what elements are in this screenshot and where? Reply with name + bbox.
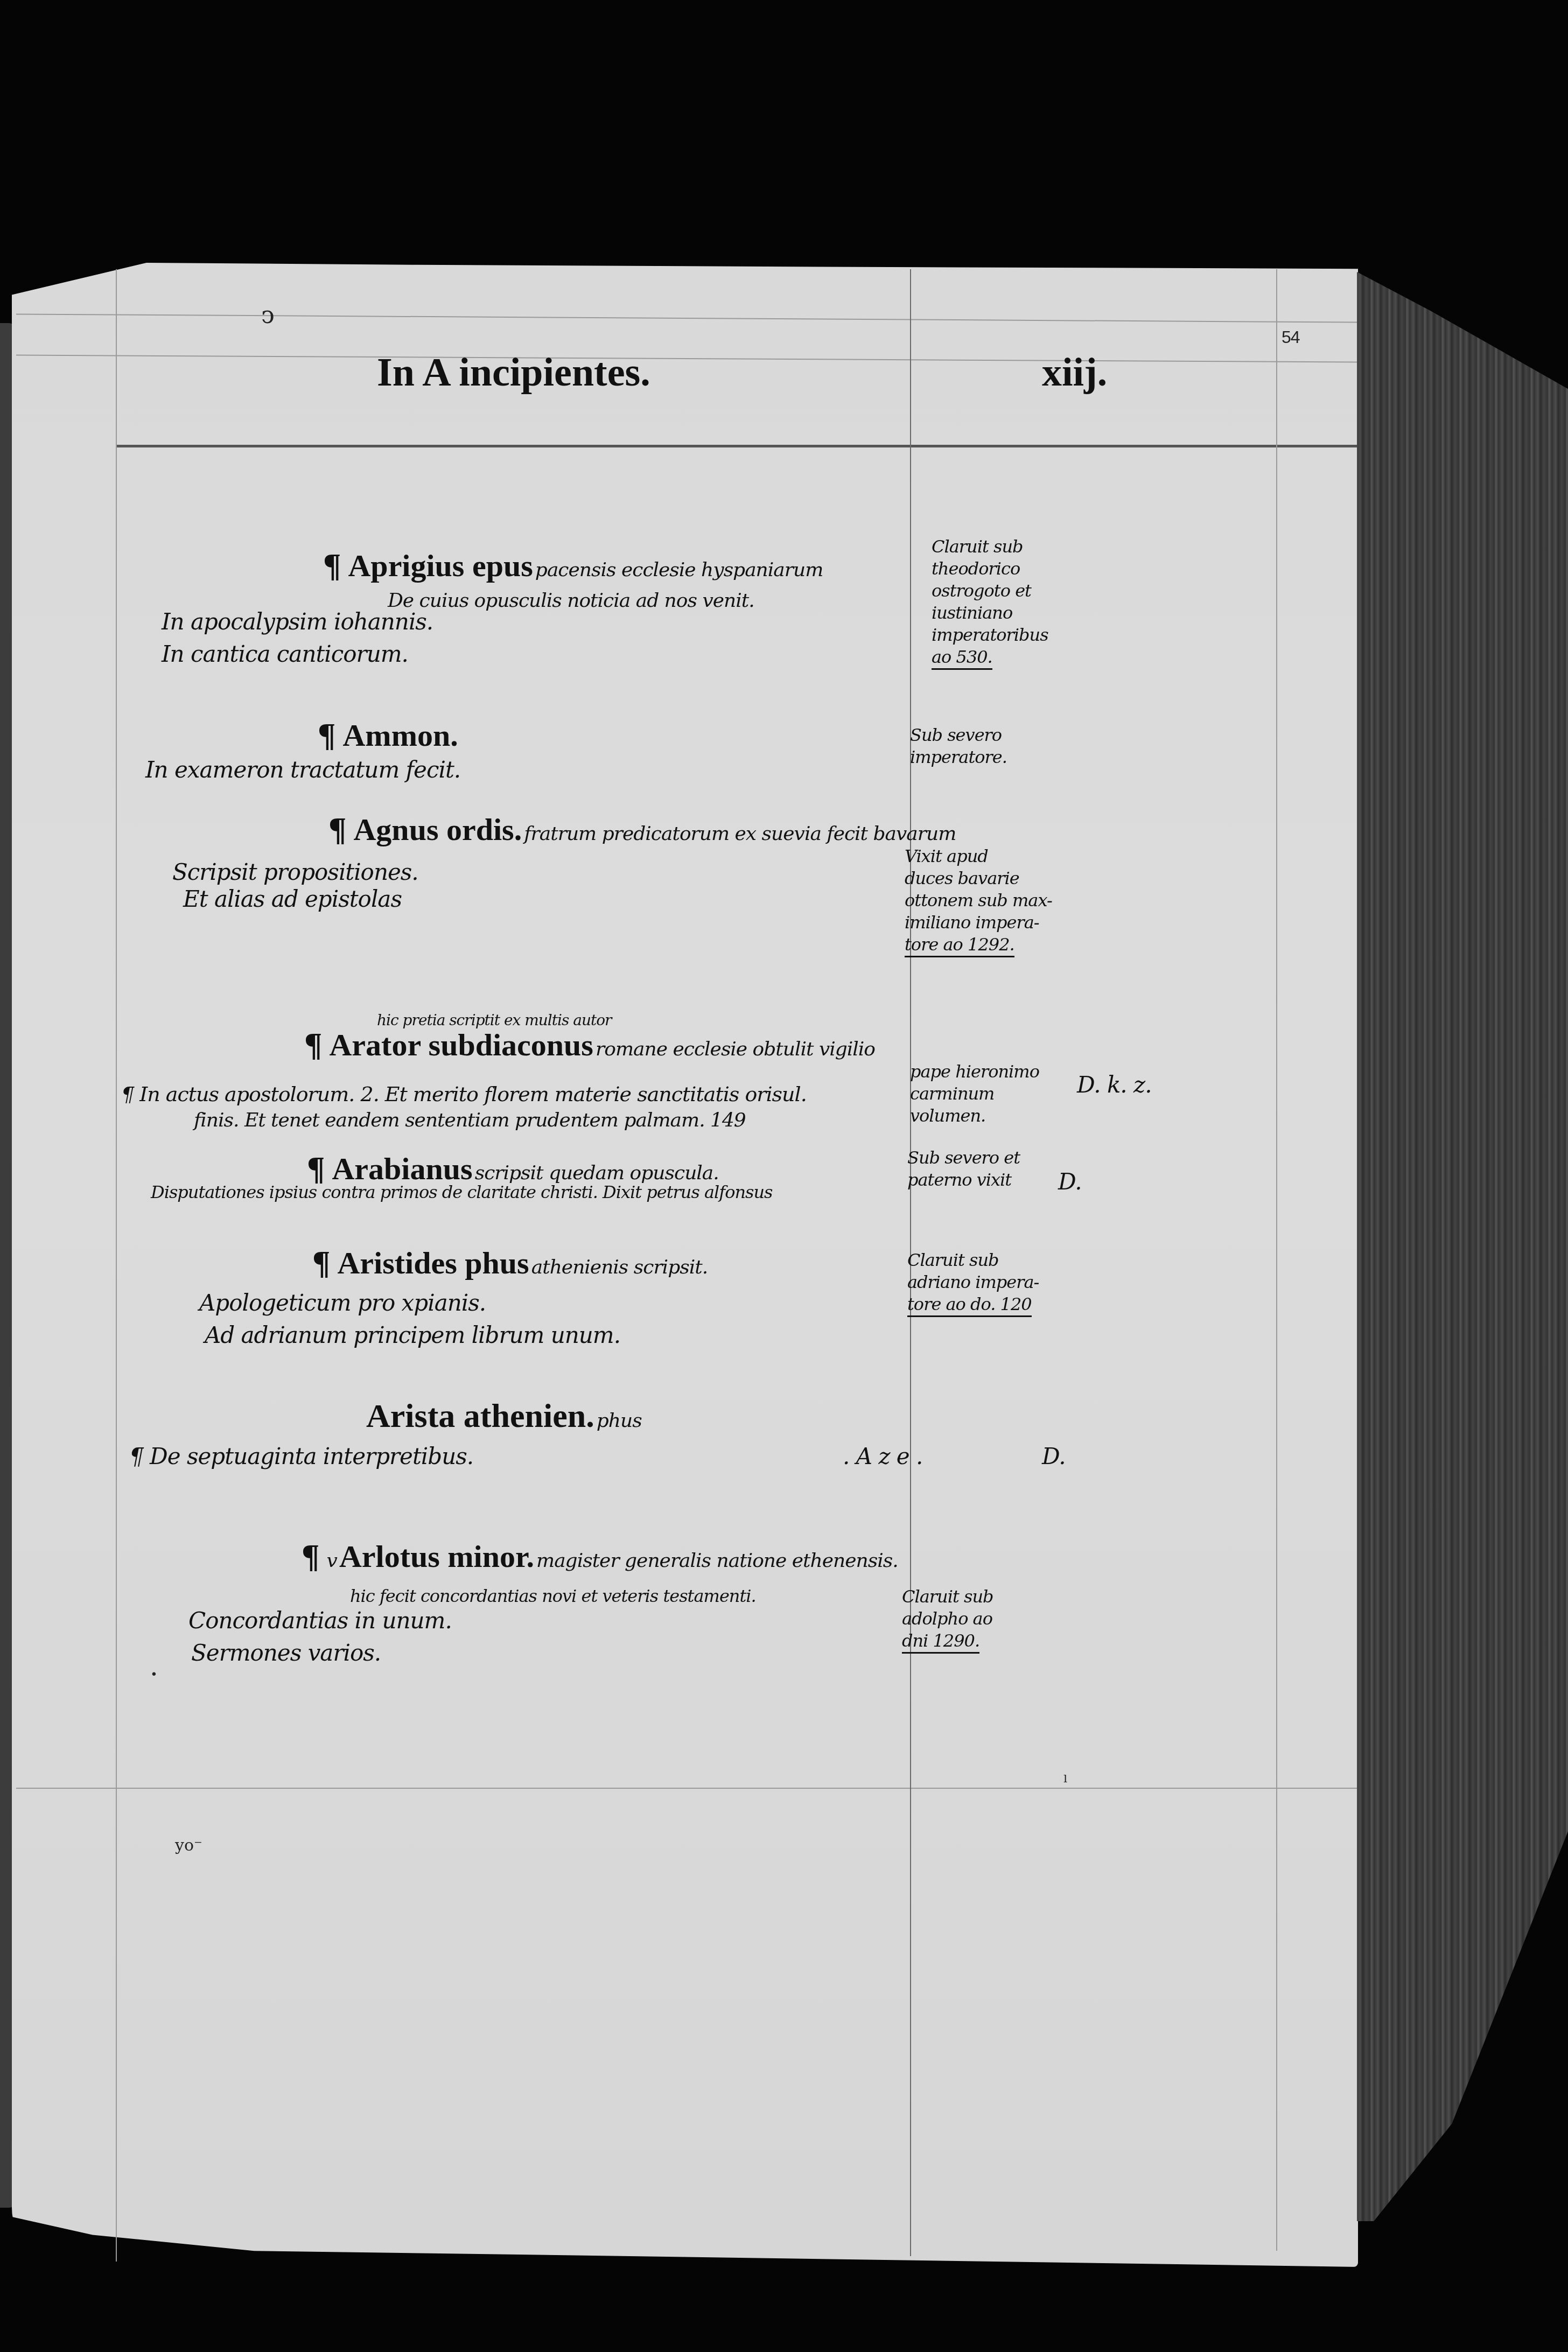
author-name: Arator subdiaconus bbox=[329, 1027, 593, 1062]
author-description: magister generalis natione ethenensis. bbox=[536, 1550, 898, 1572]
work-title-continuation: finis. Et tenet eandem sententiam pruden… bbox=[194, 1109, 746, 1131]
margin-note: Sub severo et paterno vixit bbox=[907, 1147, 1069, 1191]
stray-mark: yo⁻ bbox=[175, 1836, 202, 1855]
author-description: athenienis scripsit. bbox=[531, 1256, 708, 1278]
work-title: Disputationes ipsius contra primos de cl… bbox=[151, 1182, 773, 1202]
book-fore-edge bbox=[1357, 272, 1568, 2221]
shelfmark-col2: D. bbox=[1042, 1443, 1066, 1469]
author-name: Arista athenien. bbox=[366, 1398, 594, 1434]
author-name: Arlotus minor. bbox=[339, 1539, 534, 1574]
pilcrow-icon: ¶ bbox=[328, 811, 346, 848]
margin-note: Vixit apud duces bavarie ottonem sub max… bbox=[905, 845, 1082, 957]
pilcrow-icon: ¶ bbox=[323, 547, 340, 584]
author-title-suffix: phus bbox=[597, 1410, 642, 1432]
margin-note: Sub severo imperatore. bbox=[910, 724, 1050, 768]
entry-heading: ¶Ammon. bbox=[318, 716, 458, 754]
header-rule bbox=[116, 445, 1357, 447]
entry-heading: ¶Agnus ordis. fratrum predicatorum ex su… bbox=[328, 810, 956, 849]
right-margin-line bbox=[1276, 269, 1277, 2251]
work-title: In exameron tractatum fecit. bbox=[145, 757, 460, 783]
entry-heading: Arista athenien. phus bbox=[366, 1397, 642, 1436]
work-title: In apocalypsim iohannis. bbox=[162, 608, 433, 635]
entry-heading: ¶Aprigius epus pacensis ecclesie hyspani… bbox=[323, 547, 823, 585]
author-name: Aristides phus bbox=[337, 1245, 529, 1280]
shelfmark: D. k. z. bbox=[1077, 1072, 1152, 1098]
work-title: Et alias ad epistolas bbox=[183, 886, 402, 912]
shelfmark: D. bbox=[1058, 1168, 1082, 1195]
pilcrow-icon: ¶ bbox=[307, 1150, 324, 1187]
work-title: Apologeticum pro xpianis. bbox=[199, 1290, 486, 1316]
author-description: fratrum predicatorum ex suevia fecit bav… bbox=[524, 823, 956, 845]
stray-mark: · bbox=[150, 1658, 158, 1690]
work-title: Sermones varios. bbox=[191, 1640, 381, 1666]
pilcrow-icon: ¶ bbox=[312, 1244, 330, 1281]
name-prefix: v bbox=[326, 1550, 337, 1572]
author-name: Aprigius epus bbox=[348, 548, 533, 583]
work-title: Ad adrianum principem librum unum. bbox=[205, 1322, 620, 1348]
author-description: romane ecclesie obtulit vigilio bbox=[596, 1038, 875, 1060]
entry-heading: ¶Aristides phus athenienis scripsit. bbox=[312, 1244, 708, 1282]
folio-number: 54 bbox=[1282, 327, 1300, 347]
work-title: ¶ In actus apostolorum. 2. Et merito flo… bbox=[121, 1082, 807, 1106]
pilcrow-icon: ¶ bbox=[302, 1538, 319, 1574]
entry-heading: ¶Arator subdiaconus romane ecclesie obtu… bbox=[304, 1026, 875, 1064]
shelfmark-col1: . A z e . bbox=[843, 1443, 922, 1469]
margin-note: pape hieronimo carminum volumen. bbox=[910, 1061, 1072, 1127]
margin-note: Claruit sub adolpho ao dni 1290. bbox=[902, 1586, 1069, 1654]
author-name: Agnus ordis. bbox=[353, 812, 522, 847]
entry-heading: ¶v Arlotus minor. magister generalis nat… bbox=[302, 1537, 898, 1576]
left-margin-line bbox=[116, 269, 117, 2262]
margin-note: Claruit sub adriano impera- tore ao do. … bbox=[907, 1249, 1069, 1317]
page-header-title: In A incipientes. bbox=[377, 350, 650, 396]
footer-rule bbox=[16, 1788, 1357, 1789]
author-description-line2: hic fecit concordantias novi et veteris … bbox=[350, 1586, 756, 1606]
work-title: In cantica canticorum. bbox=[162, 641, 408, 667]
work-title: Scripsit propositiones. bbox=[172, 859, 418, 885]
author-name: Arabianus bbox=[332, 1151, 472, 1186]
margin-note: Claruit sub theodorico ostrogoto et iust… bbox=[932, 536, 1082, 670]
pilcrow-icon: ¶ bbox=[318, 717, 335, 753]
work-title: ¶ De septuaginta interpretibus. bbox=[129, 1443, 473, 1469]
stray-mark: ˡ bbox=[1063, 1772, 1068, 1793]
author-description: pacensis ecclesie hyspaniarum bbox=[535, 559, 823, 581]
author-description: scripsit quedam opuscula. bbox=[475, 1162, 719, 1184]
quire-numeral: xiij. bbox=[1042, 350, 1107, 396]
work-title: Concordantias in unum. bbox=[188, 1607, 452, 1634]
pilcrow-icon: ¶ bbox=[304, 1026, 321, 1063]
top-left-mark: ↄ bbox=[261, 302, 275, 329]
author-name: Ammon. bbox=[342, 718, 458, 753]
author-description-line2: De cuius opusculis noticia ad nos venit. bbox=[388, 590, 754, 612]
